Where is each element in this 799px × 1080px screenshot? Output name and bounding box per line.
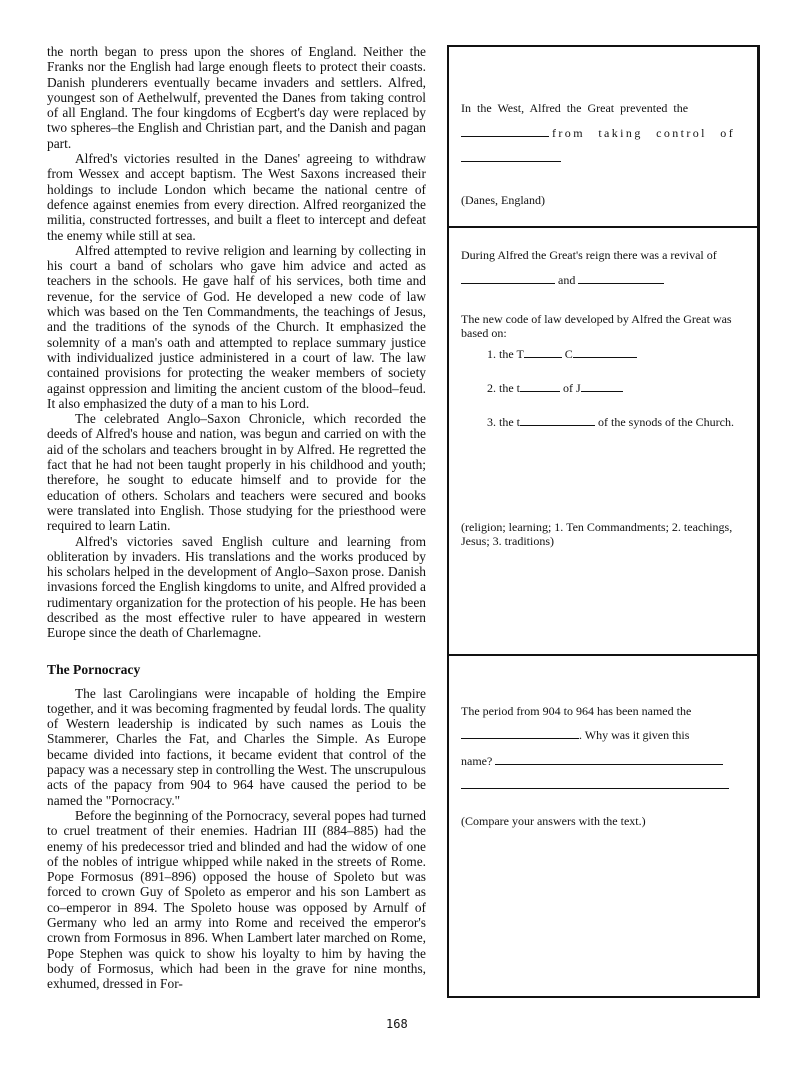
frame2-question2: The new code of law developed by Alfred … bbox=[461, 312, 741, 340]
frame-3: The period from 904 to 964 has been name… bbox=[449, 654, 757, 996]
list-item: 3. the t of the synods of the Church. bbox=[487, 415, 741, 429]
paragraph: the north began to press upon the shores… bbox=[47, 44, 426, 151]
answer-blank[interactable] bbox=[461, 787, 729, 789]
frame2-answer: (religion; learning; 1. Ten Commandments… bbox=[461, 520, 741, 548]
text-column: the north began to press upon the shores… bbox=[47, 44, 426, 992]
page-number: 168 bbox=[386, 1017, 408, 1031]
answer-blank[interactable] bbox=[578, 282, 664, 284]
frame3-line4 bbox=[461, 778, 741, 792]
paragraph: The last Carolingians were incapable of … bbox=[47, 686, 426, 808]
frame1-question: In the West, Alfred the Great prevented … bbox=[461, 101, 741, 115]
frame2-question1: During Alfred the Great's reign there wa… bbox=[461, 248, 741, 262]
answer-blank[interactable] bbox=[461, 282, 555, 284]
frame1-answer: (Danes, England) bbox=[461, 193, 741, 207]
frame1-line3 bbox=[461, 151, 741, 165]
answer-blank[interactable] bbox=[581, 390, 623, 392]
paragraph: Before the beginning of the Pornocracy, … bbox=[47, 808, 426, 992]
frame3-line3: name? bbox=[461, 754, 741, 768]
frame-2: During Alfred the Great's reign there wa… bbox=[449, 226, 757, 656]
answer-blank[interactable] bbox=[573, 356, 637, 358]
answer-blank[interactable] bbox=[461, 737, 579, 739]
answer-blank[interactable] bbox=[461, 135, 549, 137]
answer-blank[interactable] bbox=[520, 390, 560, 392]
frame-1: In the West, Alfred the Great prevented … bbox=[449, 47, 757, 228]
paragraph: Alfred's victories resulted in the Danes… bbox=[47, 151, 426, 243]
frame3-answer: (Compare your answers with the text.) bbox=[461, 814, 741, 828]
frame2-line2: and bbox=[461, 273, 741, 287]
section-heading: The Pornocracy bbox=[47, 662, 426, 677]
frame3-question: The period from 904 to 964 has been name… bbox=[461, 704, 741, 718]
answer-blank[interactable] bbox=[520, 424, 595, 426]
paragraph: The celebrated Anglo–Saxon Chronicle, wh… bbox=[47, 411, 426, 533]
paragraph: Alfred's victories saved English culture… bbox=[47, 534, 426, 641]
answer-blank[interactable] bbox=[495, 763, 723, 765]
list-item: 2. the t of J bbox=[487, 381, 741, 395]
answer-blank[interactable] bbox=[524, 356, 562, 358]
workbook-frames: In the West, Alfred the Great prevented … bbox=[447, 45, 760, 998]
answer-blank[interactable] bbox=[461, 160, 561, 162]
paragraph: Alfred attempted to revive religion and … bbox=[47, 243, 426, 411]
frame1-line2: from taking control of bbox=[461, 126, 741, 140]
frame3-line2: . Why was it given this bbox=[461, 728, 741, 742]
list-item: 1. the T C bbox=[487, 347, 741, 361]
